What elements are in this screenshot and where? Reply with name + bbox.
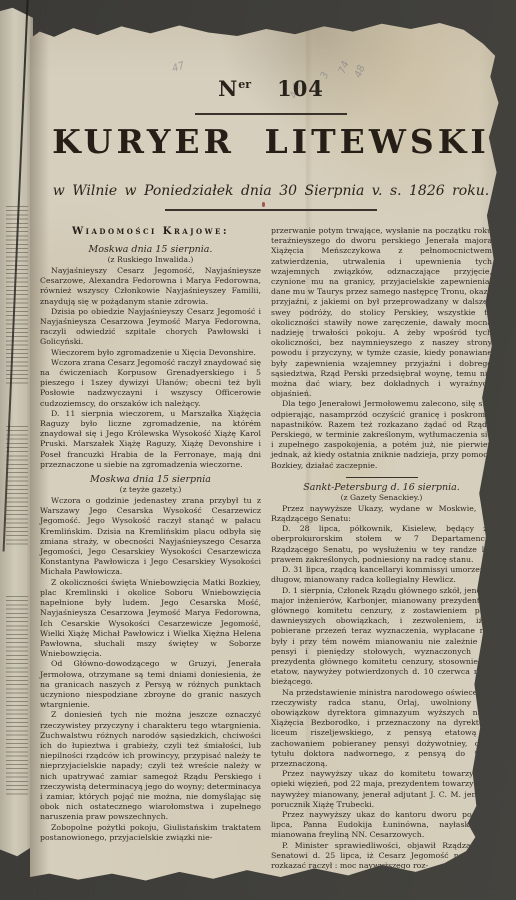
issue-number-line: Ner104 [30, 76, 512, 101]
sliver-text-fragments [6, 426, 28, 546]
masthead-rule-top [195, 113, 347, 115]
left-column: Wiadomości Krajowe:Moskwa dnia 15 sierpn… [40, 226, 261, 871]
masthead-rule-bottom [165, 209, 377, 211]
right-column: przerwanie potym trwające, wysłanie na p… [271, 226, 492, 871]
issue-superscript: er [238, 78, 251, 91]
body-paragraph: D. 28 lipca, półkownik, Kisielew, będący… [271, 524, 492, 565]
dateline-heading: Sankt-Petersburg d. 16 sierpnia. [271, 482, 492, 493]
body-paragraph: Wieczorem było zgromadzenie u Xięcia Dev… [40, 348, 261, 358]
dateline-heading: Moskwa dnia 15 sierpnia. [40, 244, 261, 255]
body-paragraph: Wczora zrana Cesarz Jegomość raczył znay… [40, 358, 261, 409]
pencil-mark: 74 [337, 60, 352, 76]
source-note: (z teyże gazety.) [40, 485, 261, 494]
body-paragraph: D. 11 sierpnia wieczorem, u Marszałka Xi… [40, 409, 261, 470]
newspaper-page: 474.037448 Ner104 KURYER LITEWSKI w Wiln… [30, 16, 512, 884]
body-paragraph: Nayjaśnieyszy Cesarz Jegomość, Nayjaśnie… [40, 266, 261, 307]
issue-dateline: w Wilnie w Poniedziałek dnia 30 Sierpnia… [30, 183, 512, 199]
body-paragraph: przerwanie potym trwające, wysłanie na p… [271, 226, 492, 399]
body-paragraph: Od Główno-dowodzącego w Gruzyi, Jenerała… [40, 659, 261, 710]
red-ink-speck [262, 202, 265, 207]
body-paragraph: Na przedstawienie ministra narodowego oś… [271, 688, 492, 770]
adjacent-page-sliver [0, 6, 33, 858]
scan-background: 474.037448 Ner104 KURYER LITEWSKI w Wiln… [0, 0, 516, 900]
body-paragraph: Z okoliczności święta Wniebowzięcia Matk… [40, 578, 261, 660]
source-note: (z Ruskiego Inwalida.) [40, 255, 261, 264]
body-paragraph: Przez naywyższy ukaz do kantoru dworu po… [271, 810, 492, 841]
source-note: (z Gazety Senackiey.) [271, 493, 492, 502]
body-paragraph: D. 31 lipca, rządcą kancellaryi kommissy… [271, 565, 492, 585]
body-paragraph: Zobopolne pożytki pokoju, Giulistańskim … [40, 823, 261, 843]
body-paragraph: Dla tego Jenerałowi Jermołowemu zalecono… [271, 399, 492, 470]
section-heading: Wiadomości Krajowe: [40, 226, 261, 237]
issue-prefix: N [218, 76, 238, 101]
dateline-heading: Moskwa dnia 15 sierpnia [40, 474, 261, 485]
article-columns: Wiadomości Krajowe:Moskwa dnia 15 sierpn… [40, 226, 492, 871]
body-paragraph: D. 1 sierpnia, Członek Rządu głównego sz… [271, 586, 492, 688]
column-divider-rule [346, 477, 418, 478]
pencil-mark: 47 [171, 60, 187, 74]
newspaper-title: KURYER LITEWSKI [30, 122, 512, 161]
issue-number: 104 [277, 76, 324, 101]
body-paragraph: Dzisia po obiedzie Nayjaśnieyszy Cesarz … [40, 307, 261, 348]
body-paragraph: Przez naywyższy ukaz do komitetu towarzy… [271, 769, 492, 810]
body-paragraph: Wczora o godzinie jedenastey zrana przyb… [40, 496, 261, 578]
sliver-text-fragments [6, 596, 28, 796]
body-paragraph: Z doniesień tych nie można jeszcze oznac… [40, 710, 261, 822]
body-paragraph: Przez naywyższe Ukazy, wydane w Moskwie,… [271, 504, 492, 524]
body-paragraph: P. Minister sprawiedliwości, objawił Rzą… [271, 841, 492, 872]
